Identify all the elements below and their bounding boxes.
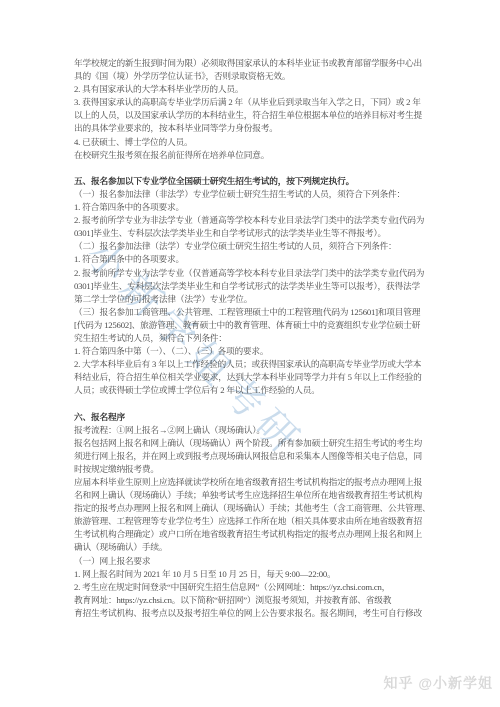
section-heading: 六、报名程序 <box>74 411 426 424</box>
text-line: [代码为 125602]、旅游管理、教育硕士中的教育管理、体育硕士中的竞赛组织专… <box>74 319 426 332</box>
text-line: 具的《国（境）外学历学位认证书》，否则录取资格无效。 <box>74 70 426 83</box>
text-line: 1. 符合第四条中的各项要求。 <box>74 253 426 266</box>
text-line: 究生招生考试的人员，须符合下列条件： <box>74 332 426 345</box>
text-line: 年学校规定的新生报到时间为限）必须取得国家承认的本科毕业证书或教育部留学服务中心… <box>74 57 426 70</box>
section-heading: 五、报名参加以下专业学位全国硕士研究生招生考试的，按下列规定执行。 <box>74 175 426 188</box>
text-line: 3. 获得国家承认的高职高专毕业学历后满 2 年（从毕业后到录取当年入学之日，下… <box>74 96 426 109</box>
text-line: 第二学士学位的可报考法律（法学）专业学位。 <box>74 293 426 306</box>
text-line: 旅游管理、工程管理等专业学位考生）应选择工作所在地（相关具体要求由所在地省级教育… <box>74 515 426 528</box>
text-line: 出的具体学业要求的，按本科毕业同等学力身份报考。 <box>74 122 426 135</box>
text-line: 以上的人员，以及国家承认学历的本科结业生，符合招生单位根据本单位的培养目标对考生… <box>74 109 426 122</box>
text-line: （三）报名参加工商管理、公共管理、工程管理硕士中的工程管理[代码为 125601… <box>74 306 426 319</box>
text-line: 1. 符合第四条中第（一）、（二）、（三）各项的要求。 <box>74 345 426 358</box>
blank-line <box>74 397 426 410</box>
text-line: 报名包括网上报名和网上确认（现场确认）两个阶段。所有参加硕士研究生招生考试的考生… <box>74 437 426 450</box>
text-line: 报考流程：①网上报名→②网上确认（现场确认）。 <box>74 424 426 437</box>
text-line: 1. 网上报名时间为 2021 年 10 月 5 日至 10 月 25 日，每天… <box>74 568 426 581</box>
text-line: 人员；或获得硕士学位或博士学位后有 2 年以上工作经验的人员。 <box>74 384 426 397</box>
text-line: 在校研究生报考须在报名前征得所在培养单位同意。 <box>74 149 426 162</box>
document-body: 年学校规定的新生报到时间为限）必须取得国家承认的本科毕业证书或教育部留学服务中心… <box>74 57 426 620</box>
blank-line <box>74 162 426 175</box>
text-line: 生考试机构合理确定）或户口所在地省级教育招生考试机构指定的报考点办理网上报名和网… <box>74 528 426 541</box>
text-line: 4. 已获硕士、博士学位的人员。 <box>74 136 426 149</box>
text-line: 名和网上确认（现场确认）手续；单独考试考生应选择招生单位所在地省级教育招生考试机… <box>74 489 426 502</box>
document-page: 小新学姐考研 年学校规定的新生报到时间为限）必须取得国家承认的本科毕业证书或教育… <box>0 0 500 707</box>
text-line: 教育网址：https://yz.chsi.cn。以下简称“研招网”）浏览报考须知… <box>74 594 426 607</box>
text-line: 2. 报考前所学专业为非法学专业（普通高等学校本科专业目录法学门类中的法学类专业… <box>74 214 426 227</box>
text-line: 2. 考生应在规定时间登录“中国研究生招生信息网”（公网网址：https://y… <box>74 581 426 594</box>
text-line: 1. 符合第四条中的各项要求。 <box>74 201 426 214</box>
zhihu-author-watermark: 知乎 @小新学姐 <box>383 673 493 693</box>
text-line: （二）报名参加法律（法学）专业学位硕士研究生招生考试的人员，须符合下列条件： <box>74 240 426 253</box>
text-line: 2. 大学本科毕业后有 3 年以上工作经验的人员；或获得国家承认的高职高专毕业学… <box>74 358 426 371</box>
text-line: 0301]毕业生、专科层次法学类毕业生和自学考试形式的法学类毕业生等可以报考），… <box>74 280 426 293</box>
text-line: （一）网上报名要求 <box>74 555 426 568</box>
text-line: 须进行网上报名，并在网上或到报考点现场确认网报信息和采集本人图像等相关电子信息，… <box>74 450 426 463</box>
text-line: 0301]毕业生、专科层次法学类毕业生和自学考试形式的法学类毕业生等不得报考）。 <box>74 227 426 240</box>
text-line: 指定的报考点办理网上报名和网上确认（现场确认）手续；其他考生（含工商管理、公共管… <box>74 502 426 515</box>
text-line: 应届本科毕业生原则上应选择就读学校所在地省级教育招生考试机构指定的报考点办理网上… <box>74 476 426 489</box>
text-line: 确认（现场确认）手续。 <box>74 541 426 554</box>
text-line: 2. 具有国家承认的大学本科毕业学历的人员。 <box>74 83 426 96</box>
text-line: （一）报名参加法律（非法学）专业学位硕士研究生招生考试的人员，须符合下列条件： <box>74 188 426 201</box>
text-line: 时按规定缴纳报考费。 <box>74 463 426 476</box>
text-line: 2. 报考前所学专业为法学专业（仅普通高等学校本科专业目录法学门类中的法学类专业… <box>74 267 426 280</box>
text-line: 科结业后，符合招生单位相关学业要求，达到大学本科毕业同等学力并有 5 年以上工作… <box>74 371 426 384</box>
text-line: 育招生考试机构、报考点以及报考招生单位的网上公告要求报名。报名期间，考生可自行修… <box>74 607 426 620</box>
